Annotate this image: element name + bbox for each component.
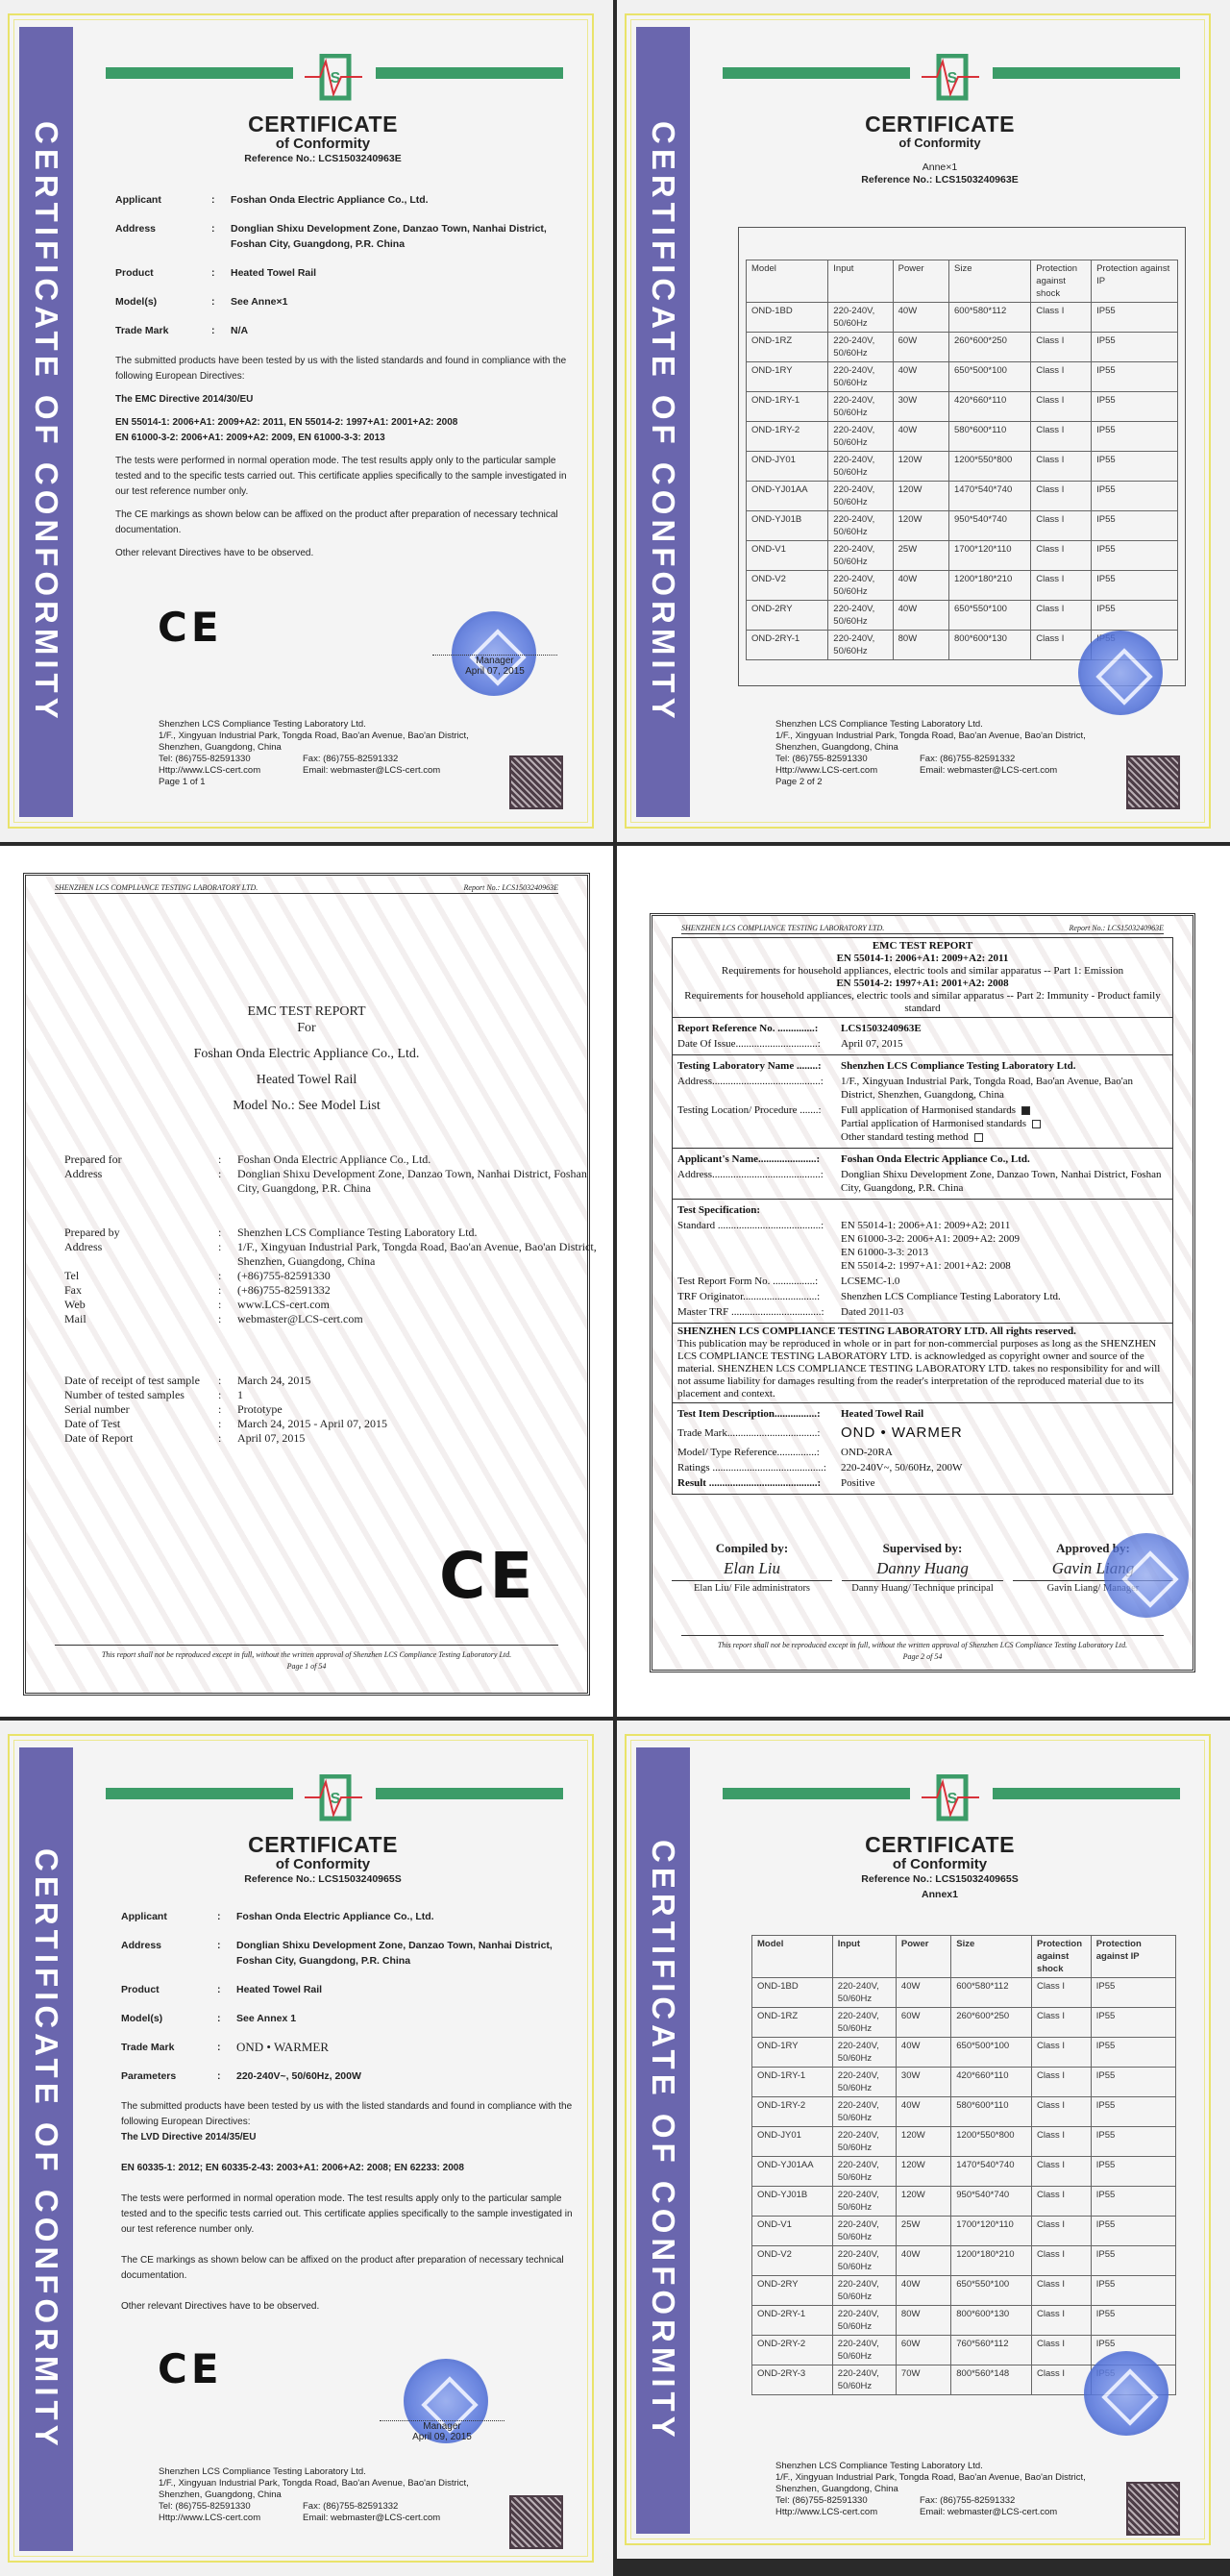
certificate-heading: CERTIFICATE of Conformity Anne×1 Referen…: [690, 111, 1190, 186]
table-cell: 40W: [896, 2038, 950, 2068]
field-row: Address:1/F., Xingyuan Industrial Park, …: [64, 1240, 603, 1269]
table-row: OND-YJ01B220-240V, 50/60Hz120W950*540*74…: [747, 511, 1178, 541]
rights-text: This publication may be reproduced in wh…: [677, 1338, 1168, 1400]
table-cell: IP55: [1091, 2217, 1175, 2246]
table-cell: 40W: [893, 571, 948, 601]
table-row: OND-1RY-1220-240V, 50/60Hz30W420*660*110…: [752, 2068, 1176, 2097]
report-number: Report No.: LCS1503240963E: [1070, 924, 1164, 932]
lab-name: Shenzhen LCS Compliance Testing Laborato…: [159, 2466, 562, 2478]
field-label: Number of tested samples: [64, 1388, 218, 1402]
field-label: Prepared for: [64, 1152, 218, 1167]
table-cell: IP55: [1092, 422, 1178, 452]
field-label: Parameters: [121, 2068, 217, 2084]
certificate-title: CERTIFICATE: [690, 1832, 1190, 1858]
table-cell: 40W: [896, 2276, 950, 2306]
qr-code-icon: [509, 2495, 563, 2549]
certificate-subtitle: of Conformity: [73, 1856, 573, 1872]
table-cell: 220-240V, 50/60Hz: [828, 333, 893, 362]
table-cell: 1200*180*210: [949, 571, 1031, 601]
certificate-title: CERTIFICATE: [73, 1832, 573, 1858]
annex-label: Annex1: [690, 1889, 1190, 1900]
ce-note: The CE markings as shown below can be af…: [115, 508, 577, 538]
certificate-fields: Applicant:Foshan Onda Electric Appliance…: [121, 1909, 573, 2097]
field-row: Applicant:Foshan Onda Electric Appliance…: [115, 192, 567, 208]
field-value: www.LCS-cert.com: [237, 1298, 603, 1312]
table-cell: 80W: [893, 631, 948, 660]
table-cell: 220-240V, 50/60Hz: [828, 362, 893, 392]
table-cell: IP55: [1092, 333, 1178, 362]
field-value: Heated Towel Rail: [231, 265, 567, 281]
table-cell: 220-240V, 50/60Hz: [832, 2127, 896, 2157]
table-cell: OND-V2: [747, 571, 828, 601]
report-title-block: EMC TEST REPORT For Foshan Onda Electric…: [26, 1003, 587, 1114]
field-value: Shenzhen LCS Compliance Testing Laborato…: [237, 1226, 603, 1240]
lab-value: Shenzhen LCS Compliance Testing Laborato…: [841, 1059, 1168, 1073]
field-value: See Anne×1: [231, 294, 567, 310]
field-label: Serial number: [64, 1402, 218, 1417]
table-cell: OND-1RY: [752, 2038, 833, 2068]
side-band: CERTIFICATE OF CONFORMITY: [19, 1747, 73, 2551]
table-cell: 1200*550*800: [951, 2127, 1032, 2157]
table-cell: 120W: [893, 452, 948, 482]
table-cell: Class I: [1031, 333, 1092, 362]
issue-date: April 07, 2015: [841, 1037, 1168, 1051]
table-cell: Class I: [1031, 571, 1092, 601]
table-cell: Class I: [1032, 2276, 1092, 2306]
lab-email-link[interactable]: Email: webmaster@LCS-cert.com: [303, 765, 440, 777]
table-cell: Class I: [1031, 422, 1092, 452]
column-header: Size: [951, 1936, 1032, 1978]
table-row: OND-2RY220-240V, 50/60Hz40W650*550*100Cl…: [747, 601, 1178, 631]
lab-email-link[interactable]: Email: webmaster@LCS-cert.com: [920, 2507, 1057, 2518]
table-cell: OND-YJ01AA: [747, 482, 828, 511]
table-cell: 950*540*740: [951, 2187, 1032, 2217]
manager-signature: Manager April 07, 2015: [432, 655, 557, 677]
other-note: Other relevant Directives have to be obs…: [121, 2299, 582, 2315]
reference-number: Reference No.: LCS1503240963E: [73, 153, 573, 164]
report-title: EMC TEST REPORT: [677, 940, 1168, 953]
table-cell: Class I: [1031, 601, 1092, 631]
table-cell: 1200*180*210: [951, 2246, 1032, 2276]
certificate-heading: CERTIFICATE of Conformity Reference No.:…: [690, 1832, 1190, 1900]
table-row: OND-YJ01AA220-240V, 50/60Hz120W1470*540*…: [752, 2157, 1176, 2187]
table-cell: 220-240V, 50/60Hz: [832, 2097, 896, 2127]
field-row: Model(s):See Annex 1: [121, 2011, 573, 2026]
table-cell: OND-1RY-1: [747, 392, 828, 422]
field-label: Trade Mark: [115, 323, 211, 338]
table-cell: 40W: [893, 601, 948, 631]
certificate-body: The submitted products have been tested …: [115, 354, 577, 569]
table-cell: Class I: [1032, 2038, 1092, 2068]
field-value: March 24, 2015: [237, 1374, 603, 1388]
lab-address: 1/F., Xingyuan Industrial Park, Tongda R…: [775, 731, 1179, 742]
field-value: Donglian Shixu Development Zone, Danzao …: [236, 1938, 573, 1969]
table-cell: IP55: [1092, 541, 1178, 571]
field-label: Trade Mark: [121, 2040, 217, 2055]
checkbox-unchecked[interactable]: [1032, 1120, 1041, 1128]
applicant-label: Applicant's Name......................:: [677, 1152, 841, 1166]
table-row: OND-YJ01B220-240V, 50/60Hz120W950*540*74…: [752, 2187, 1176, 2217]
lcs-logo-row: S: [723, 1774, 1180, 1832]
procedure-label: Full application of Harmonised standards: [841, 1104, 1016, 1116]
table-cell: 40W: [896, 1978, 950, 2008]
field-row: Address:Donglian Shixu Development Zone,…: [121, 1938, 573, 1969]
certificate-body: The submitted products have been tested …: [121, 2099, 582, 2322]
table-cell: IP55: [1091, 2068, 1175, 2097]
table-cell: IP55: [1092, 511, 1178, 541]
field-value: 1/F., Xingyuan Industrial Park, Tongda R…: [237, 1240, 603, 1269]
field-value: Foshan Onda Electric Appliance Co., Ltd.: [231, 192, 567, 208]
field-row: Model(s):See Anne×1: [115, 294, 567, 310]
table-cell: 40W: [893, 303, 948, 333]
table-cell: 220-240V, 50/60Hz: [832, 2187, 896, 2217]
signature-heading: Compiled by:: [672, 1541, 832, 1556]
report-frame: SHENZHEN LCS COMPLIANCE TESTING LABORATO…: [650, 913, 1195, 1672]
table-cell: IP55: [1091, 2306, 1175, 2336]
standards-line-2: EN 61000-3-2: 2006+A1: 2009+A2: 2009, EN…: [115, 431, 577, 446]
table-cell: OND-2RY-1: [752, 2306, 833, 2336]
lab-footer: Shenzhen LCS Compliance Testing Laborato…: [775, 2461, 1179, 2518]
ce-mark-icon: CE: [158, 604, 223, 651]
certificate-border: CERTIFICATE OF CONFORMITY S CERTIFICATE …: [8, 1734, 594, 2563]
table-cell: IP55: [1092, 482, 1178, 511]
table-cell: 800*600*130: [951, 2306, 1032, 2336]
ref-label: Report Reference No. ..............:: [677, 1022, 841, 1035]
table-cell: 80W: [896, 2306, 950, 2336]
reference-number: Reference No.: LCS1503240965S: [690, 1873, 1190, 1885]
table-cell: 220-240V, 50/60Hz: [832, 2157, 896, 2187]
table-cell: IP55: [1092, 452, 1178, 482]
table-cell: 1700*120*110: [949, 541, 1031, 571]
signature: Supervised by:Danny HuangDanny Huang/ Te…: [842, 1541, 1002, 1594]
lab-footer: Shenzhen LCS Compliance Testing Laborato…: [159, 719, 562, 788]
ratings-label: Ratings ................................…: [677, 1461, 841, 1474]
standards-line-1: EN 60335-1: 2012; EN 60335-2-43: 2003+A1…: [121, 2161, 582, 2176]
standard-2: EN 55014-2: 1997+A1: 2001+A2: 2008: [677, 978, 1168, 990]
column-header: Protection against shock: [1032, 1936, 1092, 1978]
other-note: Other relevant Directives have to be obs…: [115, 546, 577, 561]
table-cell: IP55: [1092, 571, 1178, 601]
table-cell: OND-1RZ: [747, 333, 828, 362]
table-cell: 220-240V, 50/60Hz: [832, 2336, 896, 2365]
field-label: Address: [64, 1167, 218, 1196]
sign-date: April 07, 2015: [432, 666, 557, 677]
standard-1-desc: Requirements for household appliances, e…: [677, 965, 1168, 978]
tests-note: The tests were performed in normal opera…: [121, 2192, 582, 2238]
intro-text: The submitted products have been tested …: [115, 354, 577, 384]
table-cell: Class I: [1032, 2336, 1092, 2365]
table-cell: 40W: [896, 2097, 950, 2127]
table-cell: 950*540*740: [949, 511, 1031, 541]
table-row: OND-1RY-2220-240V, 50/60Hz40W580*600*110…: [752, 2097, 1176, 2127]
table-cell: Class I: [1031, 452, 1092, 482]
lab-email-link[interactable]: Email: webmaster@LCS-cert.com: [303, 2513, 440, 2524]
field-label: Address: [64, 1240, 218, 1269]
table-cell: Class I: [1031, 392, 1092, 422]
table-cell: IP55: [1091, 2008, 1175, 2038]
location-label: Testing Location/ Procedure .......:: [677, 1103, 841, 1144]
report-product: Heated Towel Rail: [26, 1072, 587, 1088]
field-row: Fax:(+86)755-82591332: [64, 1283, 603, 1298]
tests-note: The tests were performed in normal opera…: [115, 454, 577, 500]
table-cell: 800*600*130: [949, 631, 1031, 660]
table-cell: 220-240V, 50/60Hz: [828, 452, 893, 482]
lab-fax: Fax: (86)755-82591332: [920, 2495, 1015, 2507]
table-row: OND-1RY-2220-240V, 50/60Hz40W580*600*110…: [747, 422, 1178, 452]
intro-text: The submitted products have been tested …: [121, 2099, 582, 2130]
lab-email-link[interactable]: Email: webmaster@LCS-cert.com: [920, 765, 1057, 777]
table-cell: 220-240V, 50/60Hz: [832, 2068, 896, 2097]
lab-footer: Shenzhen LCS Compliance Testing Laborato…: [775, 719, 1179, 788]
field-label: Date of Test: [64, 1417, 218, 1431]
table-cell: OND-1RZ: [752, 2008, 833, 2038]
table-cell: Class I: [1032, 2246, 1092, 2276]
table-cell: 40W: [893, 422, 948, 452]
table-row: OND-1RY220-240V, 50/60Hz40W650*500*100Cl…: [752, 2038, 1176, 2068]
table-cell: OND-2RY-1: [747, 631, 828, 660]
table-cell: OND-1RY-2: [752, 2097, 833, 2127]
table-cell: 120W: [896, 2187, 950, 2217]
table-row: OND-2RY-1220-240V, 50/60Hz80W800*600*130…: [752, 2306, 1176, 2336]
table-row: OND-YJ01AA220-240V, 50/60Hz120W1470*540*…: [747, 482, 1178, 511]
lab-tel: Tel: (86)755-82591330: [159, 754, 303, 765]
table-cell: 30W: [896, 2068, 950, 2097]
checkbox-checked[interactable]: [1021, 1106, 1030, 1115]
lab-address: 1/F., Xingyuan Industrial Park, Tongda R…: [159, 731, 562, 742]
report-header: SHENZHEN LCS COMPLIANCE TESTING LABORATO…: [55, 883, 558, 894]
field-value: (+86)755-82591330: [237, 1269, 603, 1283]
table-cell: IP55: [1091, 2157, 1175, 2187]
lab-web-link[interactable]: Http://www.LCS-cert.com: [159, 2513, 303, 2524]
certificate-heading: CERTIFICATE of Conformity Reference No.:…: [73, 1832, 573, 1885]
field-label: Product: [115, 265, 211, 281]
field-value: Donglian Shixu Development Zone, Danzao …: [237, 1167, 603, 1196]
lab-address-label: Address.................................…: [677, 1075, 841, 1102]
lab-footer: Shenzhen LCS Compliance Testing Laborato…: [159, 2466, 562, 2524]
report-footer: This report shall not be reproduced exce…: [55, 1645, 558, 1672]
table-cell: 120W: [896, 2157, 950, 2187]
column-header: Model: [747, 260, 828, 303]
field-label: Applicant: [115, 192, 211, 208]
table-cell: OND-YJ01B: [747, 511, 828, 541]
table-row: OND-V2220-240V, 50/60Hz40W1200*180*210Cl…: [752, 2246, 1176, 2276]
table-cell: 220-240V, 50/60Hz: [832, 1978, 896, 2008]
table-cell: Class I: [1031, 511, 1092, 541]
procedure-label: Partial application of Harmonised standa…: [841, 1118, 1026, 1129]
table-cell: OND-2RY-3: [752, 2365, 833, 2395]
table-row: OND-1RY220-240V, 50/60Hz40W650*500*100Cl…: [747, 362, 1178, 392]
issue-label: Date Of Issue...........................…: [677, 1037, 841, 1051]
spec-label: Test Specification:: [677, 1203, 841, 1217]
field-row: Prepared for:Foshan Onda Electric Applia…: [64, 1152, 603, 1167]
ratings-value: 220-240V~, 50/60Hz, 200W: [841, 1461, 1168, 1474]
table-cell: IP55: [1092, 392, 1178, 422]
table-cell: 220-240V, 50/60Hz: [832, 2306, 896, 2336]
rights-section: SHENZHEN LCS COMPLIANCE TESTING LABORATO…: [673, 1324, 1172, 1403]
field-value: 220-240V~, 50/60Hz, 200W: [236, 2068, 573, 2084]
lcs-logo-icon: S: [918, 1774, 985, 1822]
table-cell: 420*660*110: [951, 2068, 1032, 2097]
lab-tel: Tel: (86)755-82591330: [775, 2495, 920, 2507]
qr-code-icon: [1126, 2482, 1180, 2536]
certificate-border: CERTIFICATE OF CONFORMITY S CERTIFICATE …: [625, 13, 1211, 829]
lab-address: 1/F., Xingyuan Industrial Park, Tongda R…: [775, 2472, 1179, 2484]
column-header: Input: [832, 1936, 896, 1978]
table-row: OND-V1220-240V, 50/60Hz25W1700*120*110Cl…: [747, 541, 1178, 571]
table-cell: 220-240V, 50/60Hz: [828, 601, 893, 631]
approval-stamp-icon: [1104, 1533, 1189, 1618]
table-cell: 60W: [896, 2008, 950, 2038]
field-value: Heated Towel Rail: [236, 1982, 573, 1997]
table-row: OND-1RZ220-240V, 50/60Hz60W260*600*250Cl…: [747, 333, 1178, 362]
trf-value: Shenzhen LCS Compliance Testing Laborato…: [841, 1290, 1168, 1303]
table-cell: IP55: [1092, 362, 1178, 392]
field-label: Tel: [64, 1269, 218, 1283]
emc-certificate-page: CERTIFICATE OF CONFORMITY S CERTIFICATE …: [0, 0, 613, 842]
field-label: Mail: [64, 1312, 218, 1326]
field-label: Prepared by: [64, 1226, 218, 1240]
table-cell: 60W: [893, 333, 948, 362]
table-cell: 760*560*112: [951, 2336, 1032, 2365]
field-row: Trade Mark:OND • WARMER: [121, 2040, 573, 2055]
form-value: LCSEMC-1.0: [841, 1275, 1168, 1288]
applicant-section: Applicant's Name......................:F…: [673, 1149, 1172, 1200]
table-row: OND-2RY220-240V, 50/60Hz40W650*550*100Cl…: [752, 2276, 1176, 2306]
ref-value: LCS1503240963E: [841, 1022, 1168, 1035]
field-row: Date of receipt of test sample:March 24,…: [64, 1374, 603, 1388]
table-cell: 220-240V, 50/60Hz: [828, 631, 893, 660]
rights-title: SHENZHEN LCS COMPLIANCE TESTING LABORATO…: [677, 1325, 1168, 1338]
footer-disclaimer: This report shall not be reproduced exce…: [55, 1649, 558, 1661]
master-label: Master TRF .............................…: [677, 1305, 841, 1319]
field-value: See Annex 1: [236, 2011, 573, 2026]
field-label: Address: [115, 221, 211, 252]
field-label: Date of receipt of test sample: [64, 1374, 218, 1388]
certificate-heading: CERTIFICATE of Conformity Reference No.:…: [73, 111, 573, 164]
table-cell: OND-1RY: [747, 362, 828, 392]
signature-block: Compiled by:Elan LiuElan Liu/ File admin…: [672, 1541, 1173, 1594]
field-value: Foshan Onda Electric Appliance Co., Ltd.: [236, 1909, 573, 1924]
reference-section: Report Reference No. ..............:LCS1…: [673, 1018, 1172, 1055]
side-band-text: CERTIFICATE OF CONFORMITY: [28, 121, 64, 724]
table-cell: Class I: [1031, 362, 1092, 392]
lab-web-link[interactable]: Http://www.LCS-cert.com: [775, 2507, 920, 2518]
table-cell: 220-240V, 50/60Hz: [832, 2276, 896, 2306]
side-band-text: CERTIFICATE OF CONFORMITY: [645, 121, 681, 724]
standard-item: EN 61000-3-3: 2013: [841, 1246, 1168, 1259]
table-cell: IP55: [1091, 2187, 1175, 2217]
field-value: N/A: [231, 323, 567, 338]
lab-header: SHENZHEN LCS COMPLIANCE TESTING LABORATO…: [681, 924, 884, 932]
lab-address-2: Shenzhen, Guangdong, China: [159, 2489, 562, 2501]
table-cell: IP55: [1091, 2127, 1175, 2157]
emc-annex-page: CERTIFICATE OF CONFORMITY S CERTIFICATE …: [617, 0, 1230, 842]
lcs-logo-row: S: [723, 54, 1180, 111]
table-cell: 1200*550*800: [949, 452, 1031, 482]
table-cell: 25W: [893, 541, 948, 571]
lab-tel: Tel: (86)755-82591330: [159, 2501, 303, 2513]
table-cell: OND-JY01: [747, 452, 828, 482]
column-header: Power: [896, 1936, 950, 1978]
lab-name: Shenzhen LCS Compliance Testing Laborato…: [775, 2461, 1179, 2472]
field-label: Product: [121, 1982, 217, 1997]
lab-web-link[interactable]: Http://www.LCS-cert.com: [775, 765, 920, 777]
table-cell: 650*500*100: [951, 2038, 1032, 2068]
table-cell: 580*600*110: [949, 422, 1031, 452]
trademark-logo: OND • WARMER: [841, 1426, 1168, 1440]
table-cell: 220-240V, 50/60Hz: [832, 2365, 896, 2395]
model-table: ModelInputPowerSizeProtection against sh…: [746, 260, 1178, 660]
field-row: Serial number:Prototype: [64, 1402, 603, 1417]
lab-label: Testing Laboratory Name ........:: [677, 1059, 841, 1073]
table-cell: Class I: [1032, 2306, 1092, 2336]
certificate-title: CERTIFICATE: [690, 111, 1190, 137]
field-value: OND • WARMER: [236, 2040, 573, 2055]
approval-stamp-icon: [452, 611, 536, 696]
master-value: Dated 2011-03: [841, 1305, 1168, 1319]
procedure-option: Partial application of Harmonised standa…: [841, 1117, 1168, 1130]
checkbox-unchecked[interactable]: [974, 1133, 983, 1142]
standard-item: EN 55014-2: 1997+A1: 2001+A2: 2008: [841, 1259, 1168, 1273]
table-cell: 40W: [893, 362, 948, 392]
table-cell: 220-240V, 50/60Hz: [832, 2246, 896, 2276]
field-row: Tel:(+86)755-82591330: [64, 1269, 603, 1283]
table-cell: Class I: [1031, 303, 1092, 333]
table-row: OND-JY01220-240V, 50/60Hz120W1200*550*80…: [752, 2127, 1176, 2157]
table-cell: Class I: [1031, 541, 1092, 571]
lab-web-link[interactable]: Http://www.LCS-cert.com: [159, 765, 303, 777]
field-row: Prepared by:Shenzhen LCS Compliance Test…: [64, 1226, 603, 1240]
field-value: April 07, 2015: [237, 1431, 603, 1446]
ce-note: The CE markings as shown below can be af…: [121, 2253, 582, 2284]
column-header: Protection against IP: [1092, 260, 1178, 303]
field-row: Applicant:Foshan Onda Electric Appliance…: [121, 1909, 573, 1924]
standards-section: EMC TEST REPORT EN 55014-1: 2006+A1: 200…: [673, 938, 1172, 1018]
table-cell: 70W: [896, 2365, 950, 2395]
table-cell: 580*600*110: [951, 2097, 1032, 2127]
applicant-address-label: Address.................................…: [677, 1168, 841, 1195]
field-label: Web: [64, 1298, 218, 1312]
table-row: OND-V2220-240V, 50/60Hz40W1200*180*210Cl…: [747, 571, 1178, 601]
column-header: Protection against shock: [1031, 260, 1092, 303]
lcs-logo-row: S: [106, 1774, 563, 1832]
model-table: ModelInputPowerSizeProtection against sh…: [751, 1935, 1176, 2395]
footer-disclaimer: This report shall not be reproduced exce…: [681, 1640, 1164, 1651]
procedure-option: Other standard testing method: [841, 1130, 1168, 1144]
standard-2-desc: Requirements for household appliances, e…: [677, 990, 1168, 1015]
lab-tel: Tel: (86)755-82591330: [775, 754, 920, 765]
table-cell: 220-240V, 50/60Hz: [828, 422, 893, 452]
field-row: Number of tested samples:1: [64, 1388, 603, 1402]
table-row: OND-1RZ220-240V, 50/60Hz60W260*600*250Cl…: [752, 2008, 1176, 2038]
column-header: Model: [752, 1936, 833, 1978]
column-header: Input: [828, 260, 893, 303]
table-cell: 25W: [896, 2217, 950, 2246]
table-cell: IP55: [1091, 2097, 1175, 2127]
sample-dates-block: Date of receipt of test sample:March 24,…: [64, 1374, 603, 1446]
field-value: March 24, 2015 - April 07, 2015: [237, 1417, 603, 1431]
trademark-label: Trade Mark..............................…: [677, 1426, 841, 1440]
report-model: Model No.: See Model List: [26, 1098, 587, 1114]
lab-address-2: Shenzhen, Guangdong, China: [159, 742, 562, 754]
field-row: Address:Donglian Shixu Development Zone,…: [115, 221, 567, 252]
lab-name: Shenzhen LCS Compliance Testing Laborato…: [159, 719, 562, 731]
field-value: 1: [237, 1388, 603, 1402]
table-row: OND-1BD220-240V, 50/60Hz40W600*580*112Cl…: [752, 1978, 1176, 2008]
table-cell: 220-240V, 50/60Hz: [832, 2038, 896, 2068]
standards-line-1: EN 55014-1: 2006+A1: 2009+A2: 2011, EN 5…: [115, 415, 577, 431]
trf-label: TRF Originator..........................…: [677, 1290, 841, 1303]
